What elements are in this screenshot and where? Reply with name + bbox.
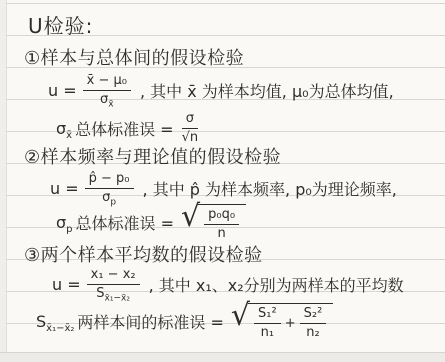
fraction-denominator: n — [217, 225, 225, 242]
stderr-label: 总体标准误 = — [75, 117, 174, 140]
stderr-label: 两样本间的标准误 = — [77, 310, 224, 333]
fraction-denominator: n₂ — [306, 324, 319, 341]
formula-lhs: u = — [50, 179, 79, 198]
page-title: U检验: — [28, 10, 93, 39]
fraction: σ √n — [182, 111, 199, 145]
square-root: √ S₁² n₁ + S₂² n₂ — [231, 303, 333, 340]
symbol-base: σ — [56, 119, 66, 138]
notebook-page: U检验: ①样本与总体间的假设检验 u = x̄ − μ₀ σx̄ , 其中 x… — [0, 0, 445, 362]
fraction: S₁² n₁ — [254, 306, 281, 340]
section2-u-formula: u = p̂ − p₀ σp , 其中 p̂ 为样本频率, p₀为理论频率, — [50, 171, 397, 205]
section1-heading: ①样本与总体间的假设检验 — [24, 44, 244, 70]
stderr-label: 总体标准误 = — [76, 211, 175, 234]
formula-lhs: u = — [52, 275, 81, 294]
plus-sign: + — [285, 316, 296, 331]
fraction-numerator: x̄ − μ₀ — [83, 73, 131, 91]
fraction: p₀q₀ n — [204, 207, 239, 241]
formula-explanation: , 其中 x̄ 为样本均值, μ₀为总体均值, — [140, 79, 394, 102]
fraction-denominator: σp — [102, 189, 116, 206]
formula-explanation: , 其中 x₁、x₂分别为两样本的平均数 — [149, 273, 404, 296]
symbol-subscript: x̄₁−x̄₂ — [105, 293, 130, 303]
fraction-numerator: S₂² — [300, 306, 327, 324]
fraction-numerator: x₁ − x₂ — [87, 267, 140, 285]
fraction-numerator: p̂ − p₀ — [85, 171, 134, 189]
radical-sign-icon: √ — [231, 302, 250, 331]
section3-stderr-line: Sx̄₁−x̄₂ 两样本间的标准误 = √ S₁² n₁ + S₂² n₂ — [36, 303, 333, 340]
stderr-symbol: Sx̄₁−x̄₂ — [36, 312, 74, 331]
symbol-subscript: x̄₁−x̄₂ — [46, 323, 74, 334]
formula-lhs: u = — [48, 81, 77, 100]
symbol-subscript: x̄ — [108, 99, 113, 109]
formula-explanation: , 其中 p̂ 为样本频率, p₀为理论频率, — [143, 177, 397, 200]
stderr-symbol: σx̄ — [56, 119, 72, 138]
fraction-numerator: S₁² — [254, 306, 281, 324]
root-content: S₁² n₁ + S₂² n₂ — [248, 303, 333, 340]
section1-u-formula: u = x̄ − μ₀ σx̄ , 其中 x̄ 为样本均值, μ₀为总体均值, — [48, 73, 394, 107]
fraction: x̄ − μ₀ σx̄ — [83, 73, 131, 107]
paper-left-edge — [0, 0, 7, 362]
root-content: p₀q₀ n — [198, 204, 246, 241]
symbol-base: σ — [56, 213, 66, 232]
radical-sign-icon: √ — [181, 203, 200, 232]
paper-bottom-edge — [0, 352, 445, 362]
section3-heading: ③两个样本平均数的假设检验 — [24, 241, 263, 267]
section3-u-formula: u = x₁ − x₂ Sx̄₁−x̄₂ , 其中 x₁、x₂分别为两样本的平均… — [52, 267, 404, 301]
section2-heading: ②样本频率与理论值的假设检验 — [24, 143, 281, 169]
fraction: x₁ − x₂ Sx̄₁−x̄₂ — [87, 267, 140, 301]
stderr-symbol: σp — [56, 213, 73, 232]
fraction-denominator: n₁ — [261, 324, 274, 341]
fraction-numerator: p₀q₀ — [204, 207, 239, 225]
section1-stderr-line: σx̄ 总体标准误 = σ √n — [56, 111, 202, 145]
fraction: S₂² n₂ — [300, 306, 327, 340]
fraction: p̂ − p₀ σp — [85, 171, 134, 205]
symbol-base: S — [36, 312, 46, 331]
fraction-denominator: σx̄ — [100, 91, 114, 108]
square-root: √ p₀q₀ n — [181, 204, 246, 241]
section2-stderr-line: σp 总体标准误 = √ p₀q₀ n — [56, 204, 246, 241]
symbol-base: S — [96, 286, 104, 301]
fraction-denominator: Sx̄₁−x̄₂ — [96, 285, 130, 302]
fraction-numerator: σ — [182, 111, 198, 129]
symbol-subscript: p — [66, 224, 72, 235]
symbol-subscript: x̄ — [66, 130, 72, 141]
